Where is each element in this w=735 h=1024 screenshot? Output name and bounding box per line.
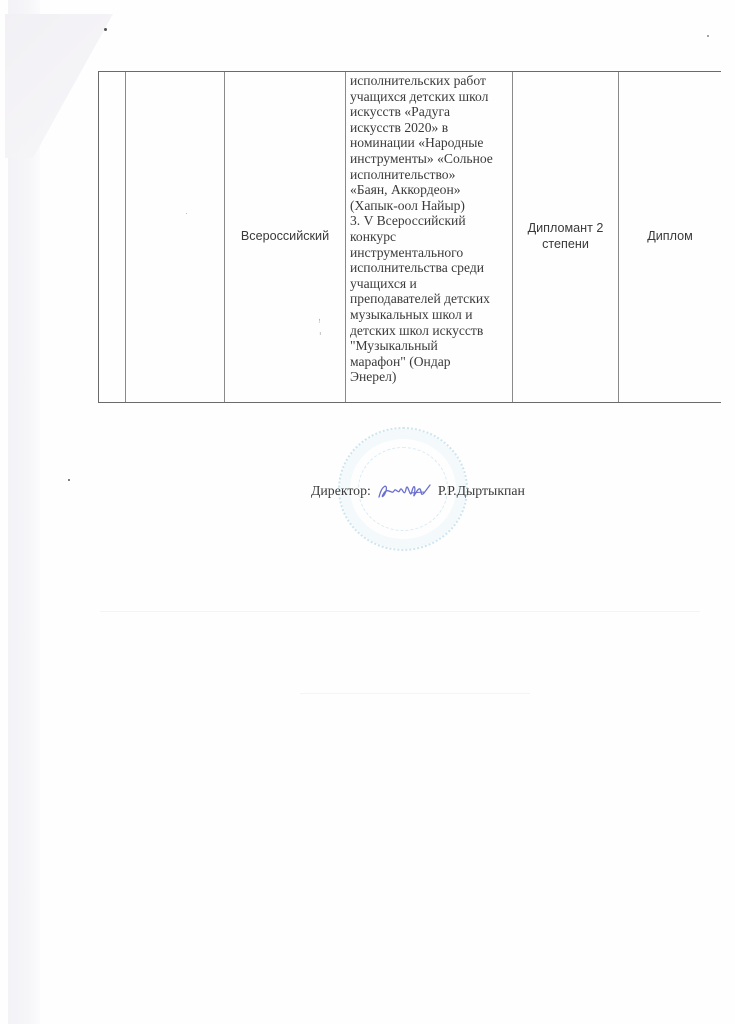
scan-show-through bbox=[300, 693, 530, 694]
cell-event-description: исполнительских работ учащихся детских ш… bbox=[346, 73, 512, 402]
cell-number bbox=[99, 72, 125, 402]
cell-level: Всероссийский bbox=[225, 72, 345, 402]
signature-block: Директор: Р.Р.Дыртыкпан bbox=[311, 476, 525, 506]
scan-speck bbox=[707, 35, 709, 37]
scan-speck bbox=[68, 479, 70, 481]
signatory-name: Р.Р.Дыртыкпан bbox=[438, 483, 525, 499]
scan-show-through bbox=[100, 611, 700, 612]
achievements-table: Всероссийский исполнительских работ учащ… bbox=[98, 71, 721, 403]
cell-document-type: Диплом bbox=[619, 72, 721, 402]
scan-speck bbox=[104, 28, 107, 31]
handwritten-signature-icon bbox=[376, 477, 432, 505]
signatory-title: Директор: bbox=[311, 483, 371, 499]
cell-result: Дипломант 2 степени bbox=[513, 72, 618, 402]
cell-name bbox=[126, 72, 224, 402]
